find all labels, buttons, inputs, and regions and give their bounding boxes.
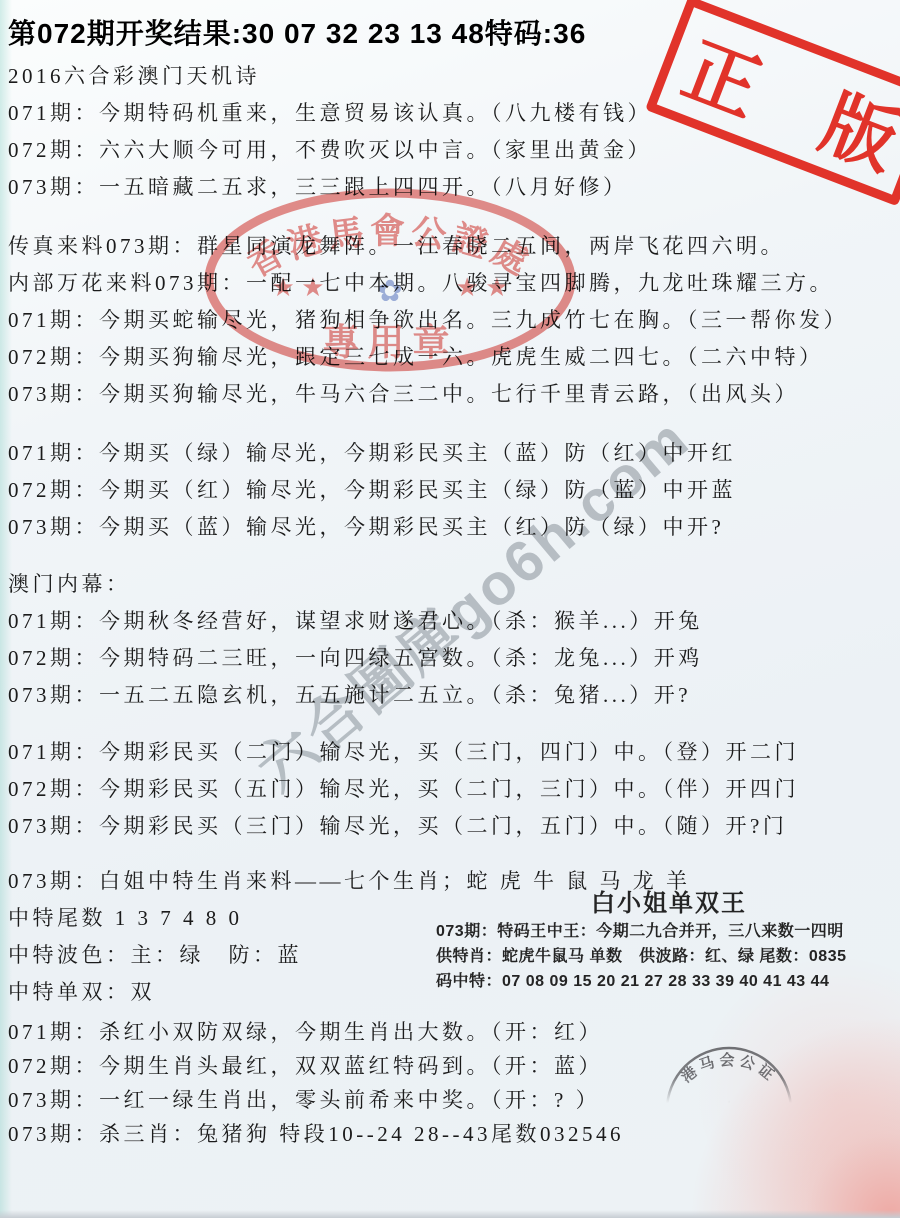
text-line: 071期：今期秋冬经营好，谋望求财遂君心。（杀：猴羊...）开兔 (8, 603, 896, 640)
text-line: 供特肖：蛇虎牛鼠马 单数 供波路：红、绿 尾数：0835 (436, 944, 900, 969)
text-line: 073期：今期彩民买（三门）输尽光，买（二门，五门）中。（随）开?门 (8, 808, 896, 845)
text-line: 072期：今期买（红）输尽光，今期彩民买主（绿）防（蓝）中开蓝 (8, 472, 896, 509)
text-line: 073期：今期买狗输尽光，牛马六合三二中。七行千里青云路，（出风头） (8, 376, 896, 413)
text-line: 071期：今期买蛇输尽光，猪狗相争欲出名。三九成竹七在胸。（三一帮你发） (8, 302, 896, 339)
neimu-lines: 071期：今期秋冬经营好，谋望求财遂君心。（杀：猴羊...）开兔072期：今期特… (8, 603, 896, 714)
text-line: 071期：今期彩民买（二门）输尽光，买（三门，四门）中。（登）开二门 (8, 734, 896, 771)
doors-lines: 071期：今期彩民买（二门）输尽光，买（三门，四门）中。（登）开二门072期：今… (8, 734, 896, 845)
text-line: 073期：杀三肖：兔猪狗 特段10--24 28--43尾数032546 (8, 1117, 896, 1151)
fax-section: 传真来料073期：群星同演龙舞阵。一江春晓二五间，两岸飞花四六明。内部万花来料0… (8, 228, 896, 413)
sheet-content: 第072期开奖结果:30 07 32 23 13 48特码:36 2016六合彩… (0, 0, 900, 1173)
scanned-tip-sheet: 第072期开奖结果:30 07 32 23 13 48特码:36 2016六合彩… (0, 0, 900, 1218)
baijie-section: 073期：白姐中特生肖来料——七个生肖；蛇 虎 牛 鼠 马 龙 羊 中特尾数 1… (8, 863, 896, 1011)
text-line: 073期：一五暗藏二五求，三三跟上四四开。（八月好修） (8, 169, 896, 206)
text-line: 码中特：07 08 09 15 20 21 27 28 33 39 40 41 … (436, 969, 900, 994)
text-line: 073期：一红一绿生肖出，零头前希来中奖。（开：? ） (8, 1083, 896, 1117)
text-line: 073期：特码王中王：今期二九合并开，三八来数一四明 (436, 919, 900, 944)
neimu-header: 澳门内幕： (8, 566, 896, 603)
text-line: 071期：杀红小双防双绿，今期生肖出大数。（开：红） (8, 1015, 896, 1049)
color-tips-section: 071期：今期买（绿）输尽光，今期彩民买主（蓝）防（红）中开红072期：今期买（… (8, 435, 896, 546)
final-section: 071期：杀红小双防双绿，今期生肖出大数。（开：红）072期：今期生肖头最红，双… (8, 1015, 896, 1151)
text-line: 071期：今期买（绿）输尽光，今期彩民买主（蓝）防（红）中开红 (8, 435, 896, 472)
baixiaojie-box: 白小姐单双王 073期：特码王中王：今期二九合并开，三八来数一四明供特肖：蛇虎牛… (436, 889, 900, 994)
color-tips-lines: 071期：今期买（绿）输尽光，今期彩民买主（蓝）防（红）中开红072期：今期买（… (8, 435, 896, 546)
text-line: 072期：今期生肖头最红，双双蓝红特码到。（开：蓝） (8, 1049, 896, 1083)
text-line: 传真来料073期：群星同演龙舞阵。一江春晓二五间，两岸飞花四六明。 (8, 228, 896, 265)
doors-section: 071期：今期彩民买（二门）输尽光，买（三门，四门）中。（登）开二门072期：今… (8, 734, 896, 845)
fax-lines: 传真来料073期：群星同演龙舞阵。一江春晓二五间，两岸飞花四六明。内部万花来料0… (8, 228, 896, 413)
final-lines: 071期：杀红小双防双绿，今期生肖出大数。（开：红）072期：今期生肖头最红，双… (8, 1015, 896, 1151)
baixiaojie-box-title: 白小姐单双王 (436, 889, 900, 919)
text-line: 072期：今期买狗输尽光，跟定三七成一六。虎虎生威二四七。（二六中特） (8, 339, 896, 376)
text-line: 072期：今期特码二三旺，一向四绿五宫数。（杀：龙兔...）开鸡 (8, 640, 896, 677)
text-line: 073期：今期买（蓝）输尽光，今期彩民买主（红）防（绿）中开? (8, 509, 896, 546)
text-line: 073期：一五二五隐玄机，五五施计二五立。（杀：兔猪...）开? (8, 677, 896, 714)
baixiaojie-box-lines: 073期：特码王中王：今期二九合并开，三八来数一四明供特肖：蛇虎牛鼠马 单数 供… (436, 919, 900, 994)
text-line: 内部万花来料073期：一配一七中本期。八骏寻宝四脚腾，九龙吐珠耀三方。 (8, 265, 896, 302)
scan-bottom-edge (0, 1210, 900, 1218)
text-line: 072期：今期彩民买（五门）输尽光，买（二门，三门）中。（伴）开四门 (8, 771, 896, 808)
neimu-section: 澳门内幕： 071期：今期秋冬经营好，谋望求财遂君心。（杀：猴羊...）开兔07… (8, 566, 896, 714)
